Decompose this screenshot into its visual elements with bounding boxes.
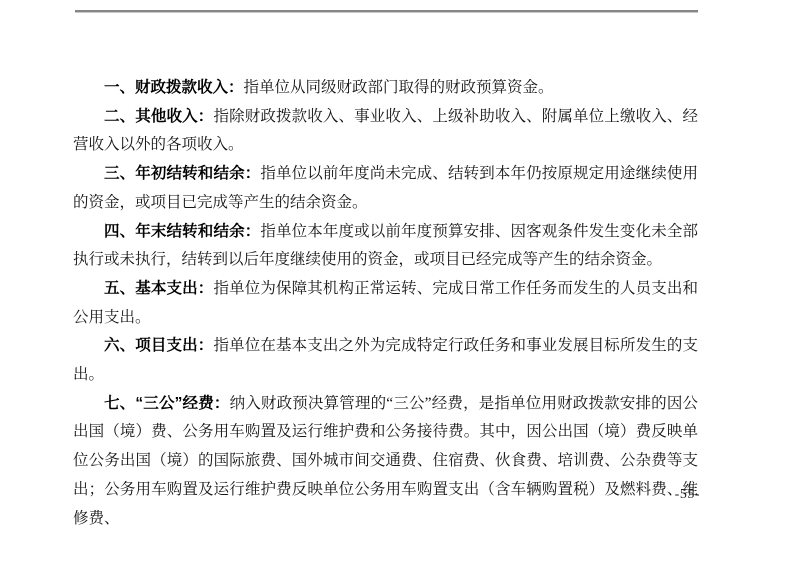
paragraph-lead: 七、“三公”经费：	[104, 395, 230, 412]
document-page: 一、财政拨款收入：指单位从同级财政部门取得的财政预算资金。二、其他收入：指除财政…	[0, 0, 800, 565]
paragraph-lead: 六、项目支出：	[104, 337, 213, 354]
paragraph-lead: 二、其他收入：	[104, 108, 213, 125]
paragraph-body: 指单位从同级财政部门取得的财政预算资金。	[244, 79, 554, 96]
paragraph: 六、项目支出：指单位在基本支出之外为完成特定行政任务和事业发展目标所发生的支出。	[73, 332, 698, 389]
paragraph-lead: 三、年初结转和结余：	[104, 165, 260, 182]
paragraph-lead: 五、基本支出：	[104, 280, 213, 297]
paragraph: 二、其他收入：指除财政拨款收入、事业收入、上级补助收入、附属单位上缴收入、经营收…	[73, 103, 698, 160]
paragraph-body: 纳入财政预决算管理的“三公”经费，是指单位用财政拨款安排的因公出国（境）费、公务…	[73, 395, 698, 527]
paragraph: 四、年末结转和结余：指单位本年度或以前年度预算安排、因客观条件发生变化未全部执行…	[73, 218, 698, 275]
paragraph: 一、财政拨款收入：指单位从同级财政部门取得的财政预算资金。	[73, 74, 698, 103]
header-rule	[75, 10, 698, 13]
document-body: 一、财政拨款收入：指单位从同级财政部门取得的财政预算资金。二、其他收入：指除财政…	[73, 74, 698, 533]
page-number: -55-	[675, 487, 700, 503]
paragraph-lead: 四、年末结转和结余：	[104, 223, 260, 240]
paragraph: 三、年初结转和结余：指单位以前年度尚未完成、结转到本年仍按原规定用途继续使用的资…	[73, 160, 698, 217]
paragraph: 五、基本支出：指单位为保障其机构正常运转、完成日常工作任务而发生的人员支出和公用…	[73, 275, 698, 332]
paragraph: 七、“三公”经费：纳入财政预决算管理的“三公”经费，是指单位用财政拨款安排的因公…	[73, 390, 698, 534]
paragraph-lead: 一、财政拨款收入：	[104, 79, 244, 96]
